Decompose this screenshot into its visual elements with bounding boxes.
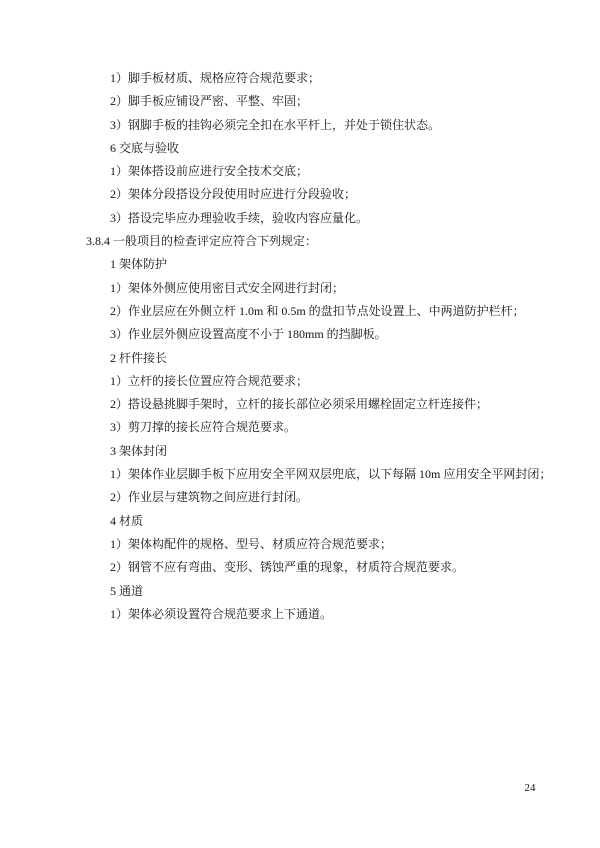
paragraph: 3.8.4 一般项目的检查评定应符合下列规定： — [86, 230, 560, 253]
paragraph: 3）搭设完毕应办理验收手续，验收内容应量化。 — [86, 207, 560, 230]
paragraph: 1）立杆的接长位置应符合规范要求； — [86, 370, 560, 393]
paragraph: 2 杆件接长 — [86, 347, 560, 370]
paragraph: 1）架体搭设前应进行安全技术交底； — [86, 160, 560, 183]
paragraph: 2）搭设悬挑脚手架时，立杆的接长部位必须采用螺栓固定立杆连接件； — [86, 393, 560, 416]
paragraph: 3 架体封闭 — [86, 440, 560, 463]
paragraph: 2）脚手板应铺设严密、平整、牢固； — [86, 90, 560, 113]
paragraph: 3）钢脚手板的挂钩必须完全扣在水平杆上，并处于锁住状态。 — [86, 114, 560, 137]
paragraph: 2）作业层应在外侧立杆 1.0m 和 0.5m 的盘扣节点处设置上、中两道防护栏… — [86, 300, 560, 323]
paragraph: 1）架体作业层脚手板下应用安全平网双层兜底，以下每隔 10m 应用安全平网封闭； — [86, 463, 560, 486]
paragraph: 5 通道 — [86, 580, 560, 603]
paragraph: 6 交底与验收 — [86, 137, 560, 160]
paragraph: 3）作业层外侧应设置高度不小于 180mm 的挡脚板。 — [86, 323, 560, 346]
paragraph: 2）作业层与建筑物之间应进行封闭。 — [86, 486, 560, 509]
paragraph: 1）脚手板材质、规格应符合规范要求； — [86, 67, 560, 90]
paragraph: 2）架体分段搭设分段使用时应进行分段验收； — [86, 183, 560, 206]
document-body: 1）脚手板材质、规格应符合规范要求；2）脚手板应铺设严密、平整、牢固；3）钢脚手… — [86, 67, 560, 626]
paragraph: 1）架体构配件的规格、型号、材质应符合规范要求； — [86, 533, 560, 556]
paragraph: 1）架体外侧应使用密目式安全网进行封闭； — [86, 277, 560, 300]
paragraph: 4 材质 — [86, 510, 560, 533]
paragraph: 2）钢管不应有弯曲、变形、锈蚀严重的现象，材质符合规范要求。 — [86, 556, 560, 579]
paragraph: 1 架体防护 — [86, 253, 560, 276]
document-page: 1）脚手板材质、规格应符合规范要求；2）脚手板应铺设严密、平整、牢固；3）钢脚手… — [0, 0, 600, 848]
paragraph: 3）剪刀撑的接长应符合规范要求。 — [86, 416, 560, 439]
page-number: 24 — [518, 782, 542, 795]
paragraph: 1）架体必须设置符合规范要求上下通道。 — [86, 603, 560, 626]
